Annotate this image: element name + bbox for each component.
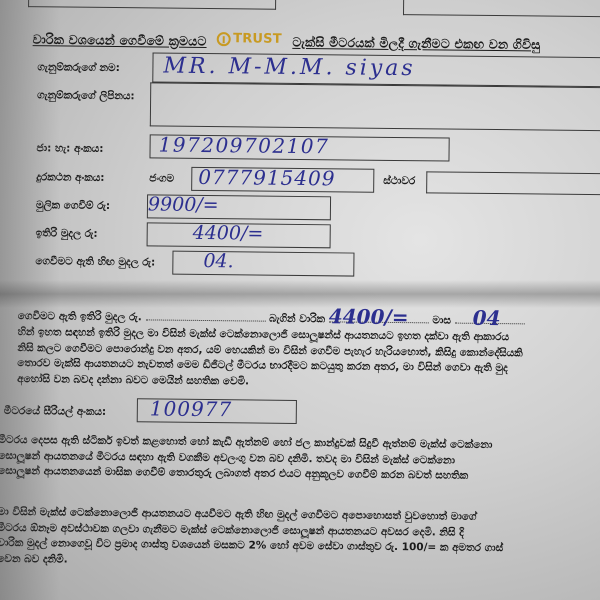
installment-blank[interactable]: [145, 319, 265, 321]
form-sheet: වාරික වශයෙන් ගෙවීමේ ක්‍රමයට TRUST ටැක්සි…: [0, 0, 600, 600]
trust-brand: TRUST: [217, 31, 282, 47]
top-box-right: [403, 0, 600, 17]
months-value: 04: [473, 311, 501, 327]
installment-count-label: ගෙවීමට ඇති හිඟ මුදල රු:: [35, 255, 155, 269]
months-field[interactable]: 04: [455, 323, 525, 325]
installment-line-mid: බැගින් වාරික: [269, 313, 325, 326]
customer-address-field[interactable]: [150, 82, 600, 131]
nic-label: ජා: හැ: අංකය:: [37, 142, 104, 156]
landline-label: ස්ථාවර: [383, 175, 415, 188]
landline-field[interactable]: [426, 171, 600, 195]
trust-logo-icon: [217, 32, 231, 46]
paragraph-1: හින් ඉහත සඳහන් ඉතිරි මුදල මා විසින් මැක්…: [17, 325, 523, 392]
customer-address-label: ගැනුම්කරුගේ ලිපිනය:: [37, 89, 135, 103]
installment-count-value: 04.: [203, 250, 233, 272]
installment-amount-value: 4400/=: [329, 309, 409, 325]
customer-name-label: ගැනුම්කරුගේ නම:: [37, 61, 120, 75]
months-label: මාස: [432, 314, 451, 326]
header-title-part1: වාරික වශයෙන් ගෙවීමේ ක්‍රමයට: [33, 32, 207, 49]
nic-field[interactable]: 197209702107: [149, 134, 449, 161]
paragraph-3: මා විසින් මැක්ස් ටෙක්නොලොජි ආයතනයට අයවීම…: [0, 505, 504, 572]
balance-label: ඉතිරි මුදල රු:: [36, 227, 98, 241]
total-price-label: මුලික ගෙවීම් රු:: [36, 199, 110, 213]
installment-line-prefix: ගෙවීමට ඇති ඉතිරි මුදල රු.: [18, 310, 142, 323]
mobile-value: 0777915409: [198, 165, 335, 190]
customer-name-value: MR. M-M.M. siyas: [163, 54, 415, 82]
balance-value: 4400/=: [193, 222, 264, 245]
total-price-value: 9900/=: [148, 193, 219, 216]
paragraph-2: මීටරය දෙපස ඇති ස්ටිකර් ඉවත් කළහොත් හෝ කැ…: [0, 433, 492, 485]
form-header: වාරික වශයෙන් ගෙවීමේ ක්‍රමයට TRUST ටැක්සි…: [33, 29, 541, 53]
mobile-label: ජංගම: [149, 172, 174, 185]
balance-field[interactable]: 4400/=: [147, 222, 331, 248]
total-price-field[interactable]: 9900/=: [147, 194, 331, 220]
header-title-part2: ටැක්සි මීටරයක් මිලදී ගැනීමට එකඟ වන ගිවිස…: [292, 34, 540, 52]
installment-amount-field[interactable]: 4400/=: [329, 321, 429, 323]
customer-name-field[interactable]: MR. M-M.M. siyas: [152, 52, 600, 87]
mobile-field[interactable]: 0777915409: [191, 167, 374, 193]
nic-value: 197209702107: [158, 133, 329, 159]
meter-serial-label: මීටරයේ සීරියල් අංකය:: [4, 405, 106, 419]
installment-count-field[interactable]: 04.: [172, 251, 354, 277]
meter-serial-field[interactable]: 100977: [137, 398, 297, 424]
top-box-left: [28, 0, 276, 10]
meter-serial-value: 100977: [150, 396, 233, 421]
phone-label: දුරකථන අංකය:: [36, 171, 104, 185]
trust-brand-text: TRUST: [233, 31, 282, 47]
